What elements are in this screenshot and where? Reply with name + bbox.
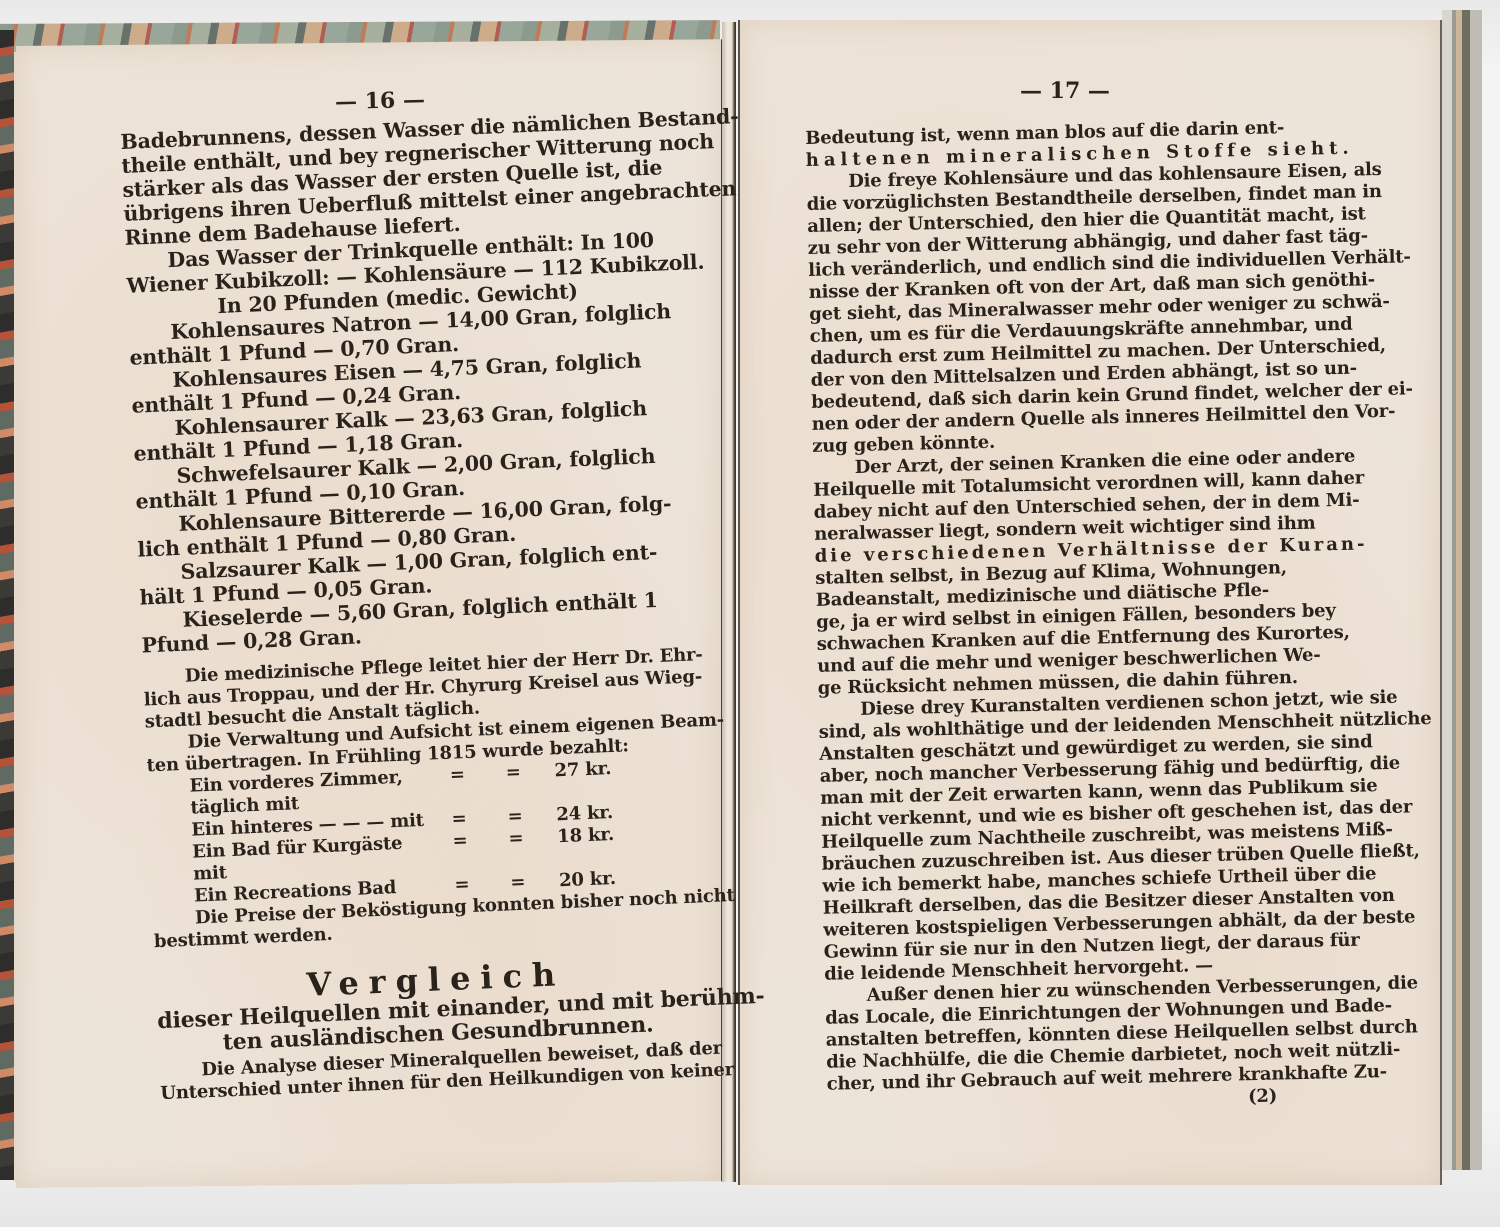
ditto-mark: =: [429, 763, 487, 809]
ditto-mark: =: [433, 873, 490, 897]
ditto-mark: =: [432, 829, 490, 875]
ditto-mark: =: [485, 761, 543, 807]
care-paragraph: Die medizinische Pflege leitet hier der …: [143, 644, 714, 953]
ditto-mark: =: [487, 805, 544, 829]
ditto-mark: =: [431, 807, 488, 831]
ditto-mark: =: [489, 871, 546, 895]
ditto-mark: =: [488, 827, 546, 873]
page-number-left: — 16 —: [335, 87, 426, 115]
marbled-cover-left: [0, 30, 14, 1180]
right-page-body: Bedeutung ist, wenn man blos auf die dar…: [805, 114, 1447, 1118]
price-amount: 24 kr.: [543, 802, 614, 827]
price-amount: 20 kr.: [545, 868, 616, 893]
cover-right-edge: [1442, 10, 1482, 1170]
price-amount: 27 kr.: [541, 758, 613, 805]
price-amount: 18 kr.: [544, 824, 616, 871]
book-photo: — 16 — Badebrunnens, dessen Wasser die n…: [0, 0, 1500, 1227]
left-page-body: Badebrunnens, dessen Wasser die nämliche…: [120, 107, 720, 1106]
page-number-right: — 17 —: [1020, 78, 1110, 104]
